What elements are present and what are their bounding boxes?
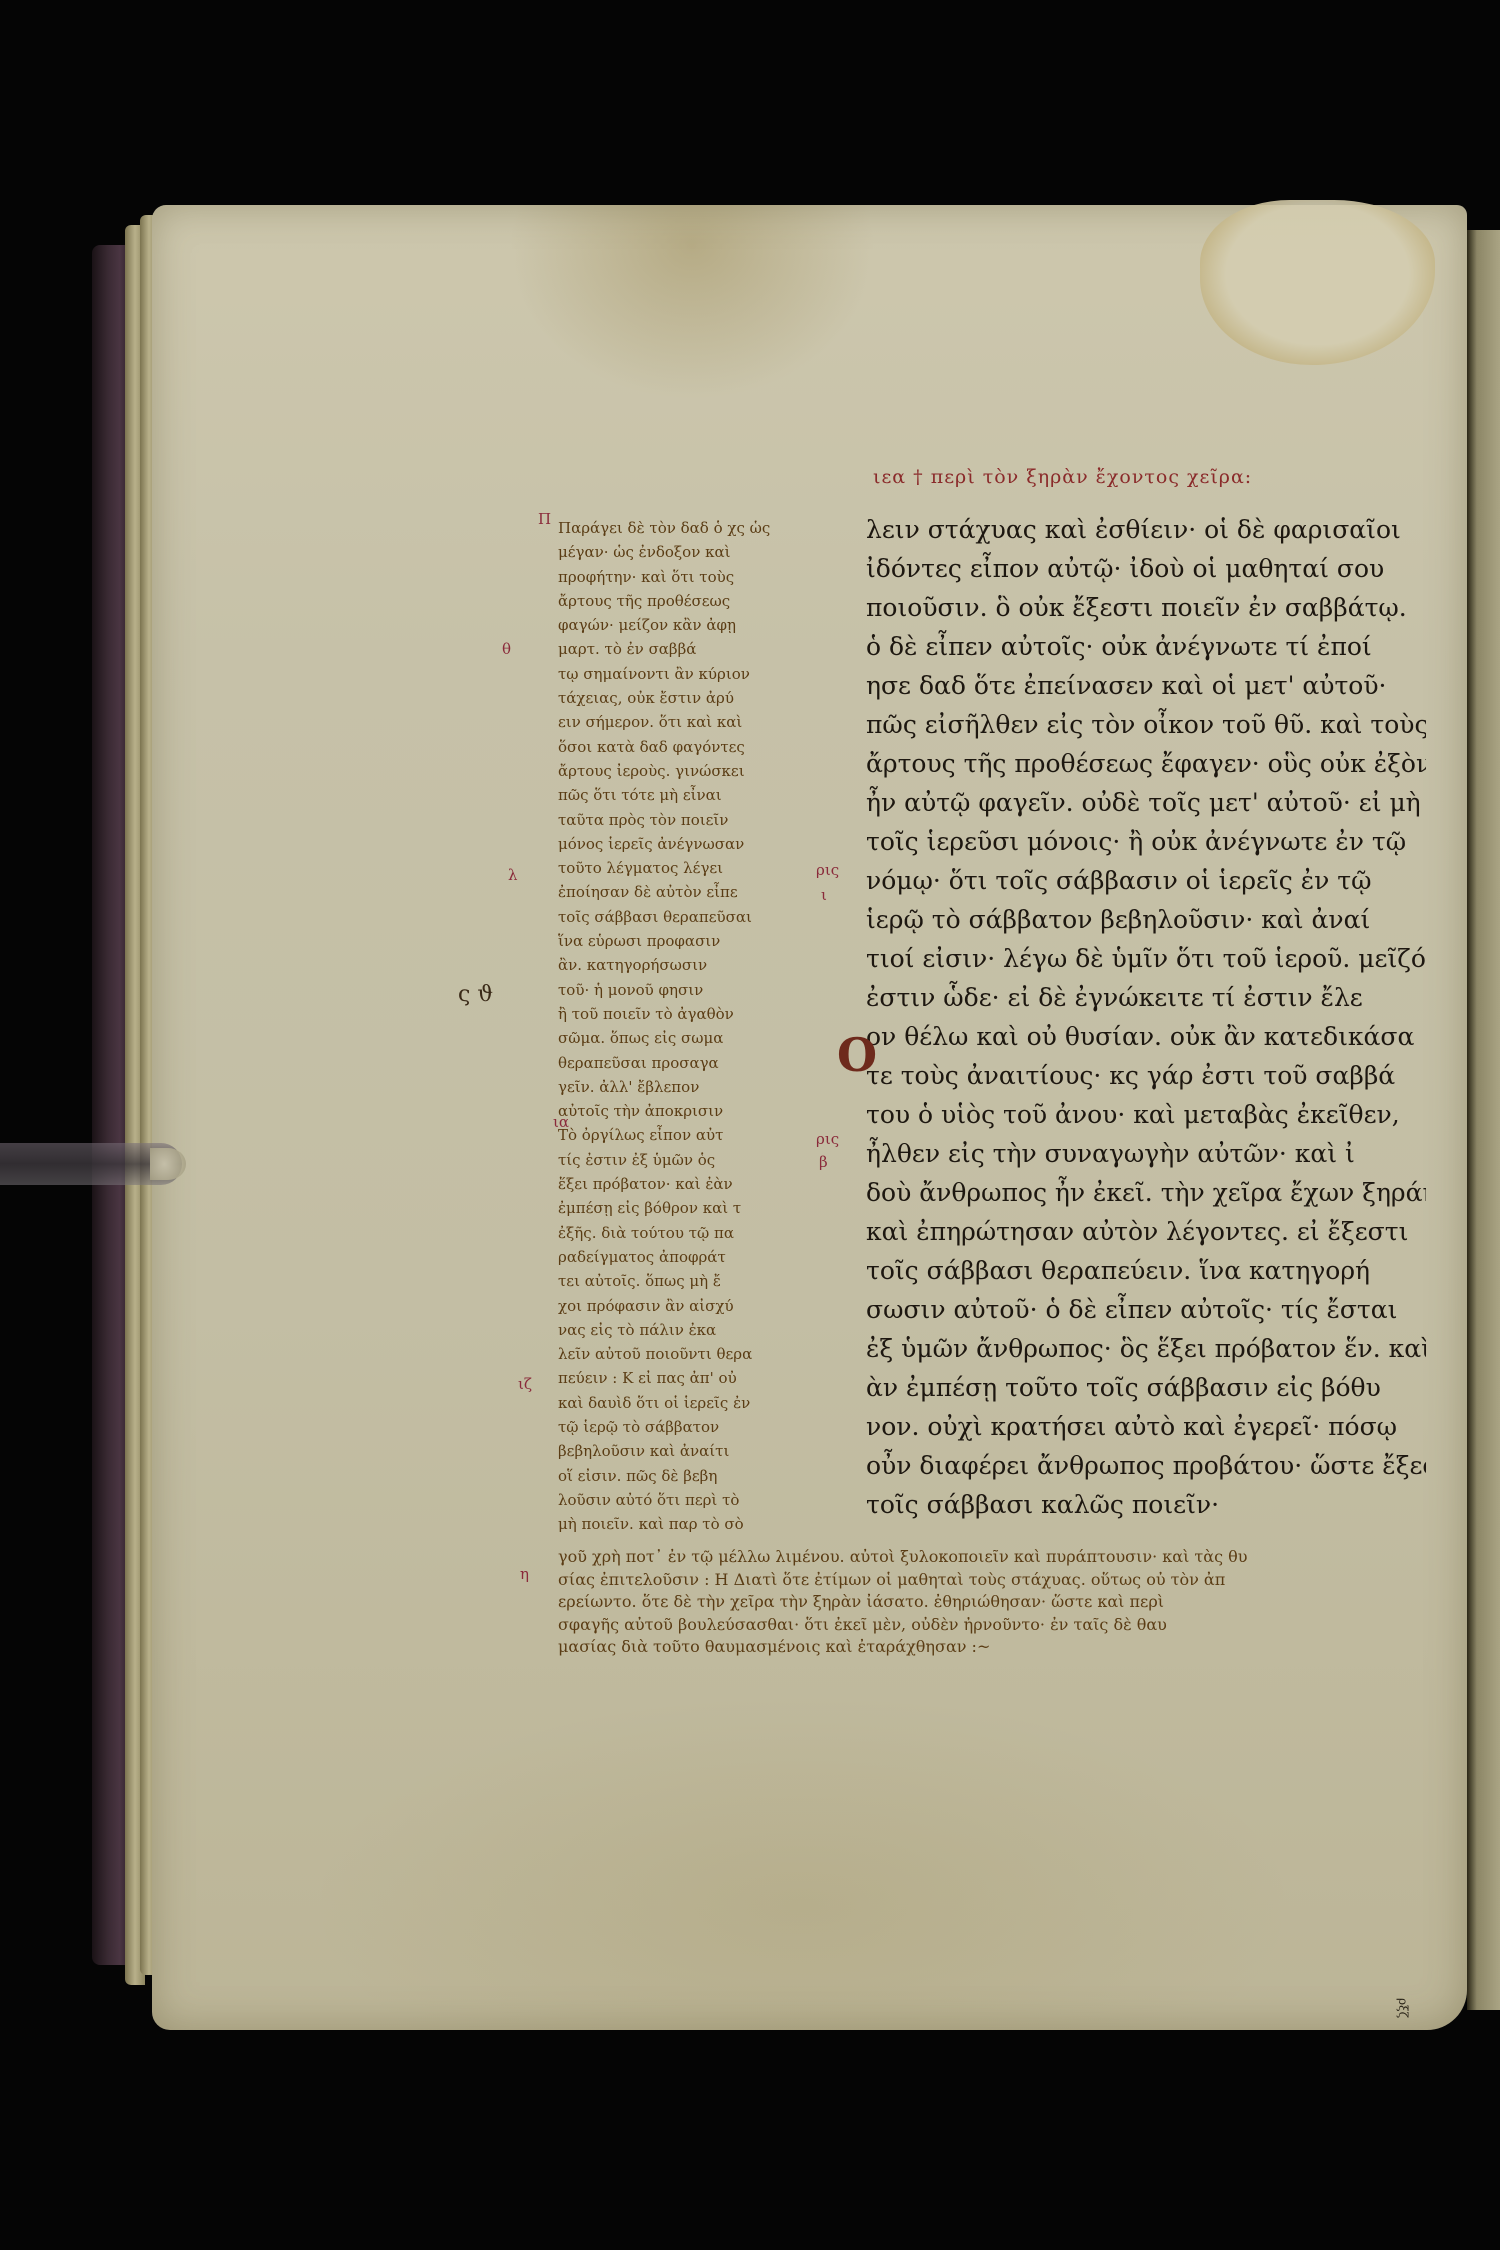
text-line: ἱερῷ τὸ σάββατον βεβηλοῦσιν· καὶ ἀναί xyxy=(866,900,1426,939)
bottom-commentary: γοῦ χρὴ ποτ᾽ ἐν τῷ μέλλω λιμένου. αὐτοὶ … xyxy=(558,1546,1418,1659)
text-line: μόνος ἱερεῖς ἀνέγνωσαν xyxy=(558,832,833,856)
text-line: ἄρτους τῆς προθέσεως ἔφαγεν· οὓς οὐκ ἐξὸ… xyxy=(866,744,1426,783)
text-line: πῶς ὅτι τότε μὴ εἶναι xyxy=(558,783,833,807)
text-line: ἦν αὐτῷ φαγεῖν. οὐδὲ τοῖς μετ' αὐτοῦ· εἰ… xyxy=(866,783,1426,822)
text-line: τῷ ἱερῷ τὸ σάββατον xyxy=(558,1415,833,1439)
text-line: ἕξει πρόβατον· καὶ ἐὰν xyxy=(558,1172,833,1196)
text-line: τοῦ· ἡ μονοῦ φησιν xyxy=(558,978,833,1002)
text-line: πεύειν : Κ εἰ πας ἀπ' οὐ xyxy=(558,1366,833,1390)
marginal-note: ια xyxy=(553,1113,569,1131)
text-line: σῶμα. ὅπως εἰς σωμα xyxy=(558,1026,833,1050)
text-line: λειν στάχυας καὶ ἐσθίειν· οἱ δὲ φαρισαῖο… xyxy=(866,510,1426,549)
text-line: ραδείγματος ἀποφράτ xyxy=(558,1245,833,1269)
marginal-note: ρις xyxy=(816,1130,839,1148)
text-line: οὖν διαφέρει ἄνθρωπος προβάτου· ὥστε ἔξε… xyxy=(866,1446,1426,1485)
text-line: μαρτ. τὸ ἐν σαββά xyxy=(558,637,833,661)
text-line: νον. οὐχὶ κρατήσει αὐτὸ καὶ ἐγερεῖ· πόσῳ xyxy=(866,1407,1426,1446)
text-line: ταῦτα πρὸς τὸν ποιεῖν xyxy=(558,808,833,832)
text-line: τοῖς σάββασι καλῶς ποιεῖν· xyxy=(866,1485,1426,1524)
text-line: ησε δαδ ὅτε ἐπείνασεν καὶ οἱ μετ' αὐτοῦ· xyxy=(866,666,1426,705)
text-line: λεῖν αὐτοῦ ποιοῦντι θερα xyxy=(558,1342,833,1366)
text-line: νας εἰς τὸ πάλιν ἐκα xyxy=(558,1318,833,1342)
text-line: ἄρτους τῆς προθέσεως xyxy=(558,589,833,613)
text-line: τάχειας, οὐκ ἔστιν ἀρύ xyxy=(558,686,833,710)
text-line: τοῖς σάββασι θεραπεύειν. ἵνα κατηγορή xyxy=(866,1251,1426,1290)
text-line: πῶς εἰσῆλθεν εἰς τὸν οἶκον τοῦ θῦ. καὶ τ… xyxy=(866,705,1426,744)
text-line: Τὸ ὀργίλως εἶπον αὐτ xyxy=(558,1123,833,1147)
text-line: δοὺ ἄνθρωπος ἦν ἐκεῖ. τὴν χεῖρα ἔχων ξηρ… xyxy=(866,1173,1426,1212)
marginal-note: λ xyxy=(508,866,518,884)
text-line: μασίας διὰ τοῦτο θαυμασμένοις καὶ ἐταράχ… xyxy=(558,1636,1418,1659)
text-line: αὐτοῖς τὴν ἀποκρισιν xyxy=(558,1099,833,1123)
text-line: ἐμπέσῃ εἰς βόθρον καὶ τ xyxy=(558,1196,833,1220)
text-line: προφήτην· καὶ ὅτι τοὺς xyxy=(558,565,833,589)
text-line: τίς ἐστιν ἐξ ὑμῶν ὁς xyxy=(558,1148,833,1172)
decorated-initial: Ο xyxy=(837,1028,877,1082)
text-line: ἐξῆς. διὰ τούτου τῷ πα xyxy=(558,1221,833,1245)
text-line: ἦλθεν εἰς τὴν συναγωγὴν αὐτῶν· καὶ ἰ xyxy=(866,1134,1426,1173)
text-line: καὶ ἐπηρώτησαν αὐτὸν λέγοντες. εἰ ἔξεστι xyxy=(866,1212,1426,1251)
text-line: σωσιν αὐτοῦ· ὁ δὲ εἶπεν αὐτοῖς· τίς ἔστα… xyxy=(866,1290,1426,1329)
text-line: ἵνα εὑρωσι προφασιν xyxy=(558,929,833,953)
text-line: ἄρτους ἰεροὺς. γινώσκει xyxy=(558,759,833,783)
text-line: ὰν ἐμπέσῃ τοῦτο τοῖς σάββασιν εἰς βόθυ xyxy=(866,1368,1426,1407)
text-line: λοῦσιν αὐτό ὅτι περὶ τὸ xyxy=(558,1488,833,1512)
text-line: ἢ τοῦ ποιεῖν τὸ ἀγαθὸν xyxy=(558,1002,833,1026)
folio-number: ρξζ xyxy=(1396,1998,1410,2018)
commentary-column: Παράγει δὲ τὸν δαδ ὁ χς ὡςμέγαν· ὡς ἐνδο… xyxy=(558,516,833,1536)
text-line: τοῖς ἱερεῦσι μόνοις· ἢ οὐκ ἀνέγνωτε ἐν τ… xyxy=(866,822,1426,861)
text-line: ἐξ ὑμῶν ἄνθρωπος· ὃς ἕξει πρόβατον ἕν. κ… xyxy=(866,1329,1426,1368)
marginal-note: ι xyxy=(821,886,827,904)
marginal-note: ιζ xyxy=(518,1375,532,1393)
text-line: τοῦτο λέγματος λέγει xyxy=(558,856,833,880)
text-line: τιοί εἰσιν· λέγω δὲ ὑμῖν ὅτι τοῦ ἱεροῦ. … xyxy=(866,939,1426,978)
text-line: σφαγῆς αὐτοῦ βουλεύσασθαι· ὅτι ἐκεῖ μὲν,… xyxy=(558,1614,1418,1637)
text-line: ἐποίησαν δὲ αὐτὸν εἶπε xyxy=(558,880,833,904)
marginal-note: θ xyxy=(502,640,511,658)
text-line: νόμῳ· ὅτι τοῖς σάββασιν οἱ ἱερεῖς ἐν τῷ xyxy=(866,861,1426,900)
text-line: ὅσοι κατὰ δαδ φαγόντες xyxy=(558,735,833,759)
marginal-note: η xyxy=(520,1565,529,1583)
text-line: μὴ ποιεῖν. καὶ παρ τὸ σὸ xyxy=(558,1512,833,1536)
text-line: ἂν. κατηγορήσωσιν xyxy=(558,953,833,977)
text-line: μέγαν· ὡς ἐνδοξον καὶ xyxy=(558,540,833,564)
text-line: ερείωντο. ὅτε δὲ τὴν χεῖρα τὴν ξηρὰν ἰάσ… xyxy=(558,1591,1418,1614)
text-line: ὁ δὲ εἶπεν αὐτοῖς· οὐκ ἀνέγνωτε τί ἐποί xyxy=(866,627,1426,666)
text-line: τοῖς σάββασι θεραπεῦσαι xyxy=(558,905,833,929)
text-line: οἵ εἰσιν. πῶς δὲ βεβη xyxy=(558,1464,833,1488)
marginal-note: β xyxy=(819,1153,828,1171)
text-line: ειν σήμερον. ὅτι καὶ καὶ xyxy=(558,710,833,734)
facing-page-gutter xyxy=(1467,230,1500,2010)
marginal-note: ς ϑ xyxy=(458,982,493,1007)
text-line: ον θέλω καὶ οὐ θυσίαν. οὐκ ἂν κατεδικάσα xyxy=(866,1017,1426,1056)
text-line: τει αὐτοῖς. ὅπως μὴ ἔ xyxy=(558,1269,833,1293)
text-line: θεραπεῦσαι προσαγα xyxy=(558,1051,833,1075)
text-line: ἰδόντες εἶπον αὐτῷ· ἰδοὺ οἱ μαθηταί σου xyxy=(866,549,1426,588)
text-line: του ὁ υἱὸς τοῦ ἀνου· καὶ μεταβὰς ἐκεῖθεν… xyxy=(866,1095,1426,1134)
text-line: Παράγει δὲ τὸν δαδ ὁ χς ὡς xyxy=(558,516,833,540)
text-line: σίας ἐπιτελοῦσιν : Η Διατὶ ὅτε ἐτίμων οἱ… xyxy=(558,1569,1418,1592)
text-line: καὶ δαυὶδ ὅτι οἱ ἱερεῖς ἐν xyxy=(558,1391,833,1415)
text-line: γεῖν. ἀλλ' ἔβλεπον xyxy=(558,1075,833,1099)
marginal-note: ρις xyxy=(816,861,839,879)
text-line: τε τοὺς ἀναιτίους· κς γάρ ἐστι τοῦ σαββά xyxy=(866,1056,1426,1095)
text-line: φαγών· μείζον κἂν ἀφῃ xyxy=(558,613,833,637)
text-line: τῳ σημαίνοντι ἂν κύριον xyxy=(558,662,833,686)
text-line: χοι πρόφασιν ἂν αἰσχύ xyxy=(558,1294,833,1318)
text-line: γοῦ χρὴ ποτ᾽ ἐν τῷ μέλλω λιμένου. αὐτοὶ … xyxy=(558,1546,1418,1569)
text-line: βεβηλοῦσιν καὶ ἀναίτι xyxy=(558,1439,833,1463)
page-holder-rod-tip xyxy=(150,1148,186,1180)
section-heading: ιεα † περὶ τὸν ξηρὰν ἔχοντος χεῖρα: xyxy=(873,466,1252,488)
main-text-block: λειν στάχυας καὶ ἐσθίειν· οἱ δὲ φαρισαῖο… xyxy=(866,510,1426,1524)
text-line: ποιοῦσιν. ὃ οὐκ ἔξεστι ποιεῖν ἐν σαββάτῳ… xyxy=(866,588,1426,627)
text-line: ἐστιν ὧδε· εἰ δὲ ἐγνώκειτε τί ἐστιν ἔλε xyxy=(866,978,1426,1017)
marginal-note: Π xyxy=(538,510,551,528)
